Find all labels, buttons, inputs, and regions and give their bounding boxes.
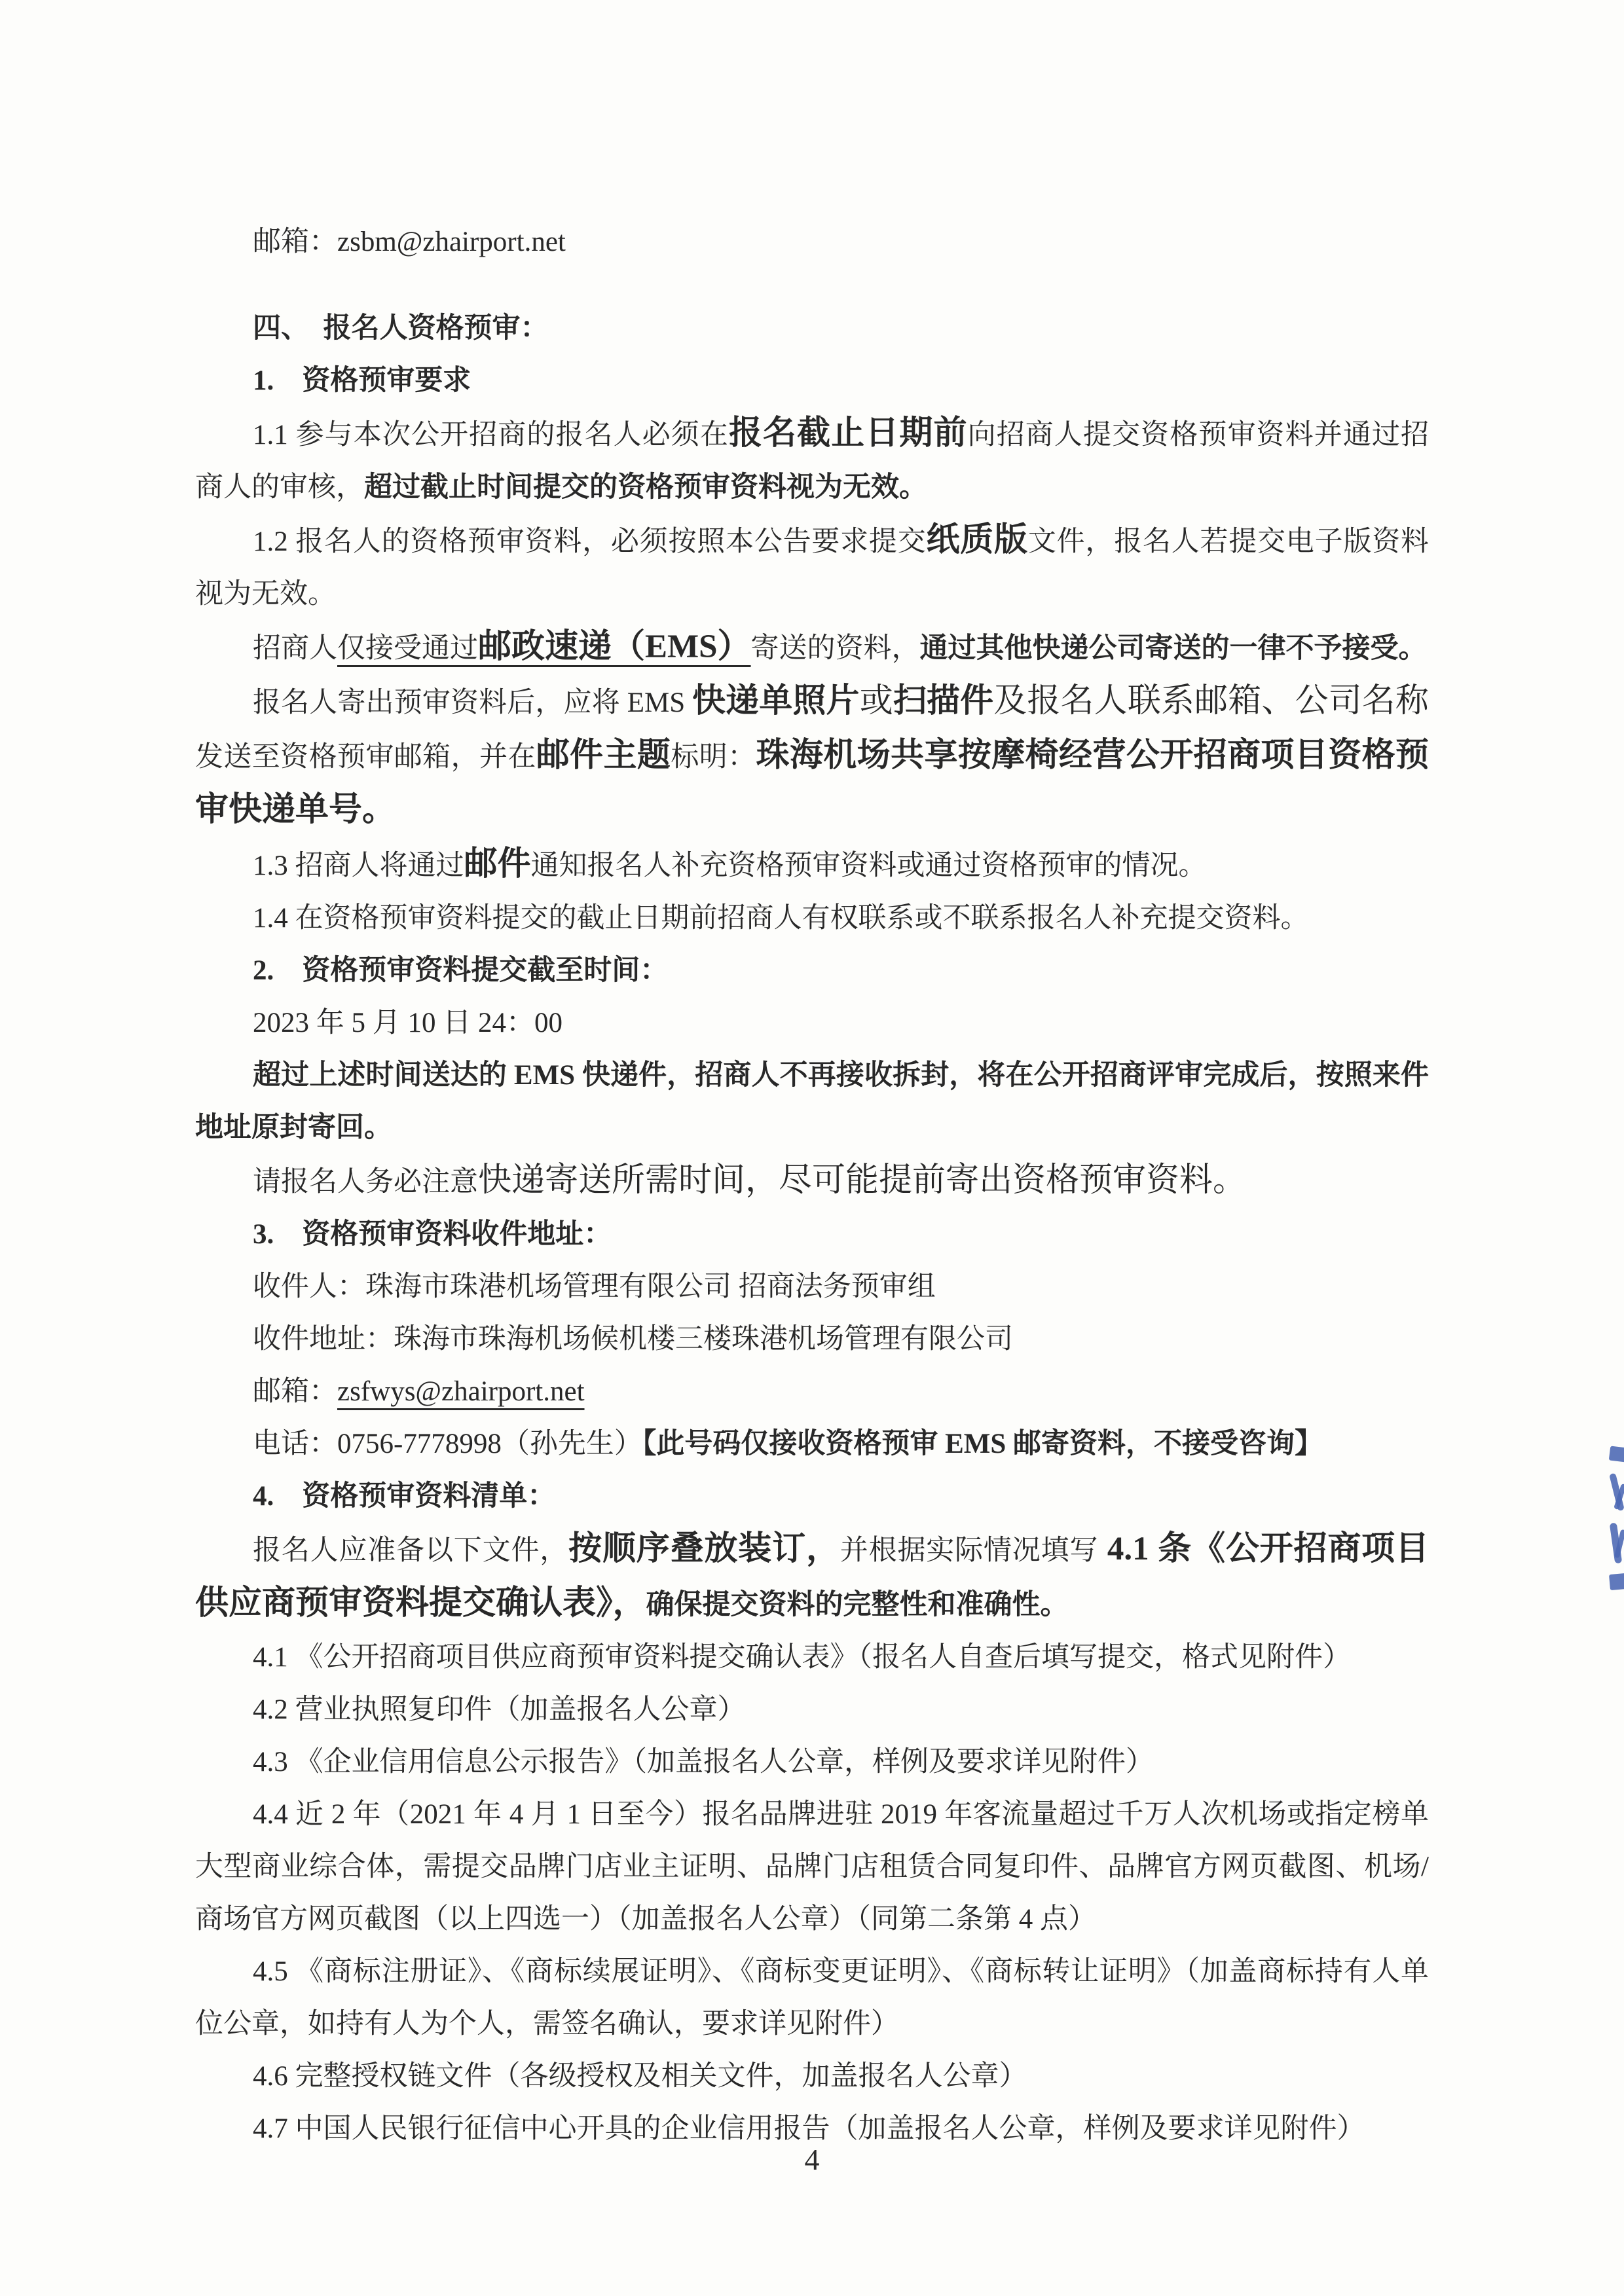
page-number: 4	[0, 2142, 1624, 2177]
text-segment: 扫描件	[893, 683, 993, 720]
text-segment: 1.2 报名人的资格预审资料，必须按照本公告要求提交	[253, 526, 926, 557]
clause-ems-only: 招商人仅接受通过邮政速递（EMS）寄送的资料，通过其他快递公司寄送的一律不予接受…	[195, 621, 1429, 675]
address-line: 收件地址：珠海市珠海机场候机楼三楼珠港机场管理有限公司	[195, 1313, 1429, 1366]
clause-2-heading: 2. 资格预审资料提交截至时间：	[195, 945, 1429, 997]
item-4-3: 4.3 《企业信用信息公示报告》（加盖报名人公章，样例及要求详见附件）	[195, 1736, 1429, 1789]
clause-1-1: 1.1 参与本次公开招商的报名人必须在报名截止日期前向招商人提交资格预审资料并通…	[195, 407, 1429, 514]
text-segment: 4.7 中国人民银行征信中心开具的企业信用报告（加盖报名人公章，样例及要求详见附…	[253, 2113, 1365, 2144]
text-segment: 超过上述时间送达的 EMS 快递件，招商人不再接收拆封，将在公开招商评审完成后，…	[195, 1060, 1429, 1143]
text-segment: 1.1 参与本次公开招商的报名人必须在	[253, 420, 729, 450]
text-segment: 2. 资格预审资料提交截至时间：	[253, 955, 668, 986]
deadline-value: 2023 年 5 月 10 日 24：00	[253, 1008, 563, 1038]
clause-prepare: 报名人应准备以下文件，按顺序叠放装订，并根据实际情况填写 4.1 条《公开招商项…	[195, 1523, 1429, 1631]
section-heading-4: 四、 报名人资格预审：	[195, 302, 1429, 355]
text-segment: 发送至资格预审邮箱，并在	[195, 742, 536, 773]
text-segment: 仅接受通过	[337, 633, 478, 664]
email-zsfwys: zsfwys@zhairport.net	[337, 1376, 585, 1407]
text-segment: 报名人联系邮箱、公司名称	[1027, 683, 1429, 720]
text-segment: 4.3 《企业信用信息公示报告》（加盖报名人公章，样例及要求详见附件）	[253, 1747, 1154, 1777]
text-segment: 4.4 近 2 年（2021 年 4 月 1 日至今）报名品牌进驻 2019 年…	[195, 1799, 1429, 1935]
text-segment: 3. 资格预审资料收件地址：	[253, 1219, 612, 1250]
text-segment: 按顺序叠放装订，	[568, 1531, 840, 1567]
clause-mail-subject: 报名人寄出预审资料后，应将 EMS 快递单照片或扫描件及报名人联系邮箱、公司名称…	[195, 675, 1429, 838]
text-segment: 并根据实际情况填写	[840, 1535, 1098, 1566]
text-segment: 邮件	[464, 846, 531, 883]
text-segment: 1.3 招商人将通过	[253, 850, 464, 881]
recipient-line: 收件人：珠海市珠港机场管理有限公司 招商法务预审组	[195, 1261, 1429, 1313]
document-body: 邮箱：zsbm@zhairport.net四、 报名人资格预审：1. 资格预审要…	[195, 216, 1429, 2155]
deadline-date: 2023 年 5 月 10 日 24：00	[195, 997, 1429, 1049]
address-value: 收件地址：珠海市珠海机场候机楼三楼珠港机场管理有限公司	[253, 1324, 1013, 1355]
clause-1-4: 1.4 在资格预审资料提交的截止日期前招商人有权联系或不联系报名人补充提交资料。	[195, 892, 1429, 945]
item-4-2: 4.2 营业执照复印件（加盖报名人公章）	[195, 1684, 1429, 1736]
text-segment: 邮政速递（EMS）	[478, 629, 751, 665]
text-segment: 及	[993, 683, 1027, 720]
text-segment: 标明：	[671, 742, 756, 773]
text-segment: 【此号码仅接收资格预审 EMS 邮寄资料，不接受咨询】	[642, 1429, 1323, 1459]
text-segment: 请报名人务必注意	[253, 1167, 478, 1197]
text-segment: 邮箱：	[253, 1376, 337, 1407]
text-segment: 招商人	[253, 633, 337, 664]
text-segment: 报名截止日期前	[729, 415, 968, 452]
text-segment: 通过其他快递公司寄送的一律不予接受。	[920, 633, 1427, 664]
item-4-1: 4.1 《公开招商项目供应商预审资料提交确认表》（报名人自查后填写提交，格式见附…	[195, 1631, 1429, 1684]
email-zsbm: zsbm@zhairport.net	[337, 227, 566, 257]
text-segment: 超过截止时间提交的资格预审资料视为无效。	[364, 472, 927, 503]
text-segment: 或	[860, 683, 893, 720]
blue-seal-fragment	[1610, 1446, 1624, 1596]
item-4-5: 4.5 《商标注册证》、《商标续展证明》、《商标变更证明》、《商标转让证明》（加…	[195, 1946, 1429, 2050]
item-4-6: 4.6 完整授权链文件（各级授权及相关文件，加盖报名人公章）	[195, 2050, 1429, 2103]
text-segment: 4.5 《商标注册证》、《商标续展证明》、《商标变更证明》、《商标转让证明》（加…	[195, 1956, 1429, 2039]
item-4-4: 4.4 近 2 年（2021 年 4 月 1 日至今）报名品牌进驻 2019 年…	[195, 1789, 1429, 1946]
text-segment: 报名人寄出预审资料后，应将 EMS	[253, 687, 692, 718]
clause-3-heading: 3. 资格预审资料收件地址：	[195, 1209, 1429, 1261]
clause-1-heading: 1. 资格预审要求	[195, 355, 1429, 407]
text-segment: 邮箱：	[253, 227, 337, 257]
clause-late-return: 超过上述时间送达的 EMS 快递件，招商人不再接收拆封，将在公开招商评审完成后，…	[195, 1049, 1429, 1154]
recipient-value: 收件人：珠海市珠港机场管理有限公司 招商法务预审组	[253, 1271, 936, 1302]
text-segment: 1.4 在资格预审资料提交的截止日期前招商人有权联系或不联系报名人补充提交资料。	[253, 903, 1309, 934]
text-segment: 纸质版	[926, 522, 1027, 558]
text-segment: 通知报名人补充资格预审资料或通过资格预审的情况。	[531, 850, 1207, 881]
text-segment: 1. 资格预审要求	[253, 365, 471, 396]
phone-number: 电话：0756-7778998（孙先生）	[253, 1429, 642, 1459]
text-segment: 4.2 营业执照复印件（加盖报名人公章）	[253, 1694, 746, 1725]
text-segment: 四、 报名人资格预审：	[253, 313, 549, 344]
text-segment: 确保提交资料的完整性和准确性。	[646, 1590, 1069, 1620]
text-segment: 邮件主题	[536, 737, 671, 774]
text-segment: 4.6 完整授权链文件（各级授权及相关文件，加盖报名人公章）	[253, 2061, 1027, 2092]
phone-line: 电话：0756-7778998（孙先生）【此号码仅接收资格预审 EMS 邮寄资料…	[195, 1418, 1429, 1470]
document-page: 邮箱：zsbm@zhairport.net四、 报名人资格预审：1. 资格预审要…	[0, 0, 1624, 2296]
text-segment: 寄送的资料，	[751, 633, 920, 664]
clause-1-3: 1.3 招商人将通过邮件通知报名人补充资格预审资料或通过资格预审的情况。	[195, 838, 1429, 892]
clause-1-2: 1.2 报名人的资格预审资料，必须按照本公告要求提交纸质版文件，报名人若提交电子…	[195, 514, 1429, 621]
contact-email-review: 邮箱：zsfwys@zhairport.net	[195, 1366, 1429, 1418]
text-segment: 报名人应准备以下文件，	[253, 1535, 568, 1566]
text-segment: 快递寄送所需时间，尽可能提前寄出资格预审资料。	[478, 1162, 1246, 1199]
clause-reminder: 请报名人务必注意快递寄送所需时间，尽可能提前寄出资格预审资料。	[195, 1154, 1429, 1209]
text-segment: 4.1 《公开招商项目供应商预审资料提交确认表》（报名人自查后填写提交，格式见附…	[253, 1642, 1351, 1673]
contact-email-top: 邮箱：zsbm@zhairport.net	[195, 216, 1429, 268]
text-segment: 4. 资格预审资料清单：	[253, 1481, 555, 1512]
text-segment: 快递单照片	[692, 683, 860, 720]
clause-4-heading: 4. 资格预审资料清单：	[195, 1470, 1429, 1523]
